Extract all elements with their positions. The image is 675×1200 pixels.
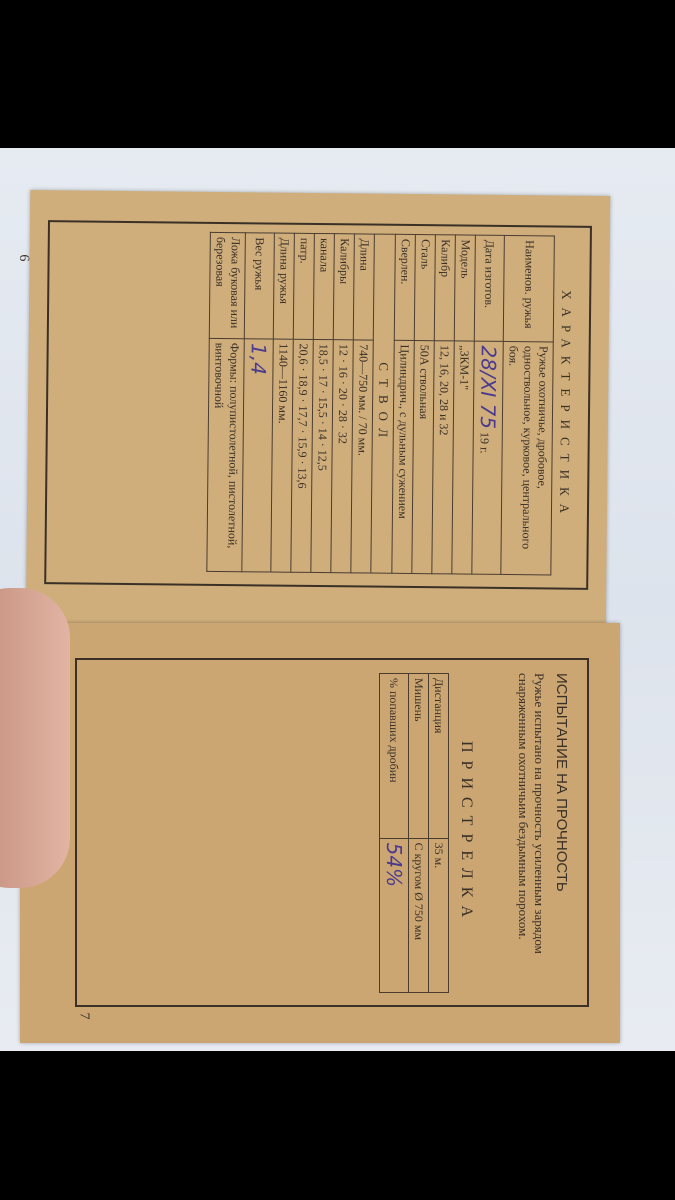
cell-label: Дистанция <box>429 674 449 839</box>
diameter: 15,5 <box>316 397 330 418</box>
cell-value: 12 · 16 · 20 · 28 · 32 <box>331 339 353 573</box>
handwritten-date: 28/XI 75 <box>476 345 501 429</box>
chamber-length: 70 мм. <box>356 423 370 456</box>
diameter: 12,5 <box>315 450 329 471</box>
cell-value: 1140—1160 мм. <box>271 339 293 573</box>
cell-value: С кругом Ø 750 мм <box>409 838 429 992</box>
photo: 6 ХАРАКТЕРИСТИКА Наименов. ружьяРужье ох… <box>0 148 675 1051</box>
cell-label: канала <box>313 233 334 339</box>
caliber: 20 <box>336 388 350 400</box>
cell-label: Модель <box>454 235 475 341</box>
caliber: 16 <box>336 366 350 378</box>
cell-label: патр. <box>293 233 314 339</box>
form-option: винтовочной <box>212 343 227 409</box>
cell-value: 18,5 · 17 · 15,5 · 14 · 12,5 <box>311 339 333 573</box>
diameter: 18,5 <box>317 344 331 365</box>
cell-label: Вес ружья <box>244 233 274 339</box>
form-option: полупистолетной <box>226 386 241 475</box>
page-7: 7 ИСПЫТАНИЕ НА ПРОЧНОСТЬ Ружье испытано … <box>20 623 620 1043</box>
cell-label: Сталь <box>414 235 435 341</box>
cell-label: Мишень <box>409 674 429 839</box>
characteristics-table: ХАРАКТЕРИСТИКА Наименов. ружьяРужье охот… <box>206 232 575 576</box>
cell-value: Ружье охотничье, дробовое, одноствольное… <box>501 341 553 575</box>
cell-label: Длина <box>353 234 374 340</box>
diameter: 17,7 <box>296 405 310 426</box>
diameter: 20,6 <box>297 343 311 364</box>
cell-label: Сверлен. <box>394 234 415 340</box>
cell-value: „ЗКМ-1" <box>452 341 474 575</box>
diameter: 15,9 <box>296 436 310 457</box>
cell-label: Калибр <box>434 235 455 341</box>
thumb <box>0 588 70 888</box>
caliber: 28 <box>336 410 350 422</box>
handwritten-weight: 1,4 <box>242 338 273 572</box>
cell-label: Ложа буковая или березовая <box>209 232 245 338</box>
cell-label: Длина ружья <box>273 233 294 339</box>
cell-value: 28/XI 75 19 г. <box>472 341 503 575</box>
barrel-length: 740—750 мм. <box>356 344 371 413</box>
cell-value: 12, 16, 20, 28 и 32 <box>432 340 454 574</box>
barrel-section-title: СТВОЛ <box>371 234 396 573</box>
cell-value: Цилиндрич., с дульным сужением <box>392 340 414 574</box>
cell-value: 50А стволь­ная <box>412 340 434 574</box>
cell-label: Калибры <box>333 234 354 340</box>
handwritten-hits: 54% <box>380 838 409 992</box>
page-number: 6 <box>15 254 31 261</box>
cell-label: Дата изготов. <box>474 235 504 341</box>
cell-label: % попавших дробин <box>380 674 409 839</box>
caliber: 12 <box>337 344 351 356</box>
year-suffix: 19 г. <box>478 432 492 454</box>
strength-text: Ружье испытано на прочность усиленным за… <box>515 673 547 993</box>
cell-label: Наименов. ружья <box>503 235 554 341</box>
diameter: 18,9 <box>296 374 310 395</box>
cell-value: 740—750 мм. / 70 мм. <box>351 340 373 574</box>
diameter: 17 <box>316 375 330 387</box>
diameter: 13,6 <box>295 467 309 488</box>
caliber: 32 <box>336 432 350 444</box>
cell-value: 20,6 · 18,9 · 17,7 · 15,9 · 13,6 <box>291 339 313 573</box>
diameter: 14 <box>316 428 330 440</box>
strength-test: ИСПЫТАНИЕ НА ПРОЧНОСТЬ Ружье испытано на… <box>379 673 570 993</box>
cell-value: Формы: полупистолетной, пистолетной, вин… <box>207 338 244 572</box>
strength-title: ИСПЫТАНИЕ НА ПРОЧНОСТЬ <box>553 673 570 993</box>
forms-label: Формы <box>227 343 241 380</box>
sighting-title: ПРИСТРЕЛКА <box>457 673 475 993</box>
page-number: 7 <box>76 1013 92 1020</box>
form-option: пистолетной <box>226 481 241 546</box>
page-6: 6 ХАРАКТЕРИСТИКА Наименов. ружьяРужье ох… <box>26 190 611 636</box>
cell-value: 35 м. <box>429 838 449 992</box>
